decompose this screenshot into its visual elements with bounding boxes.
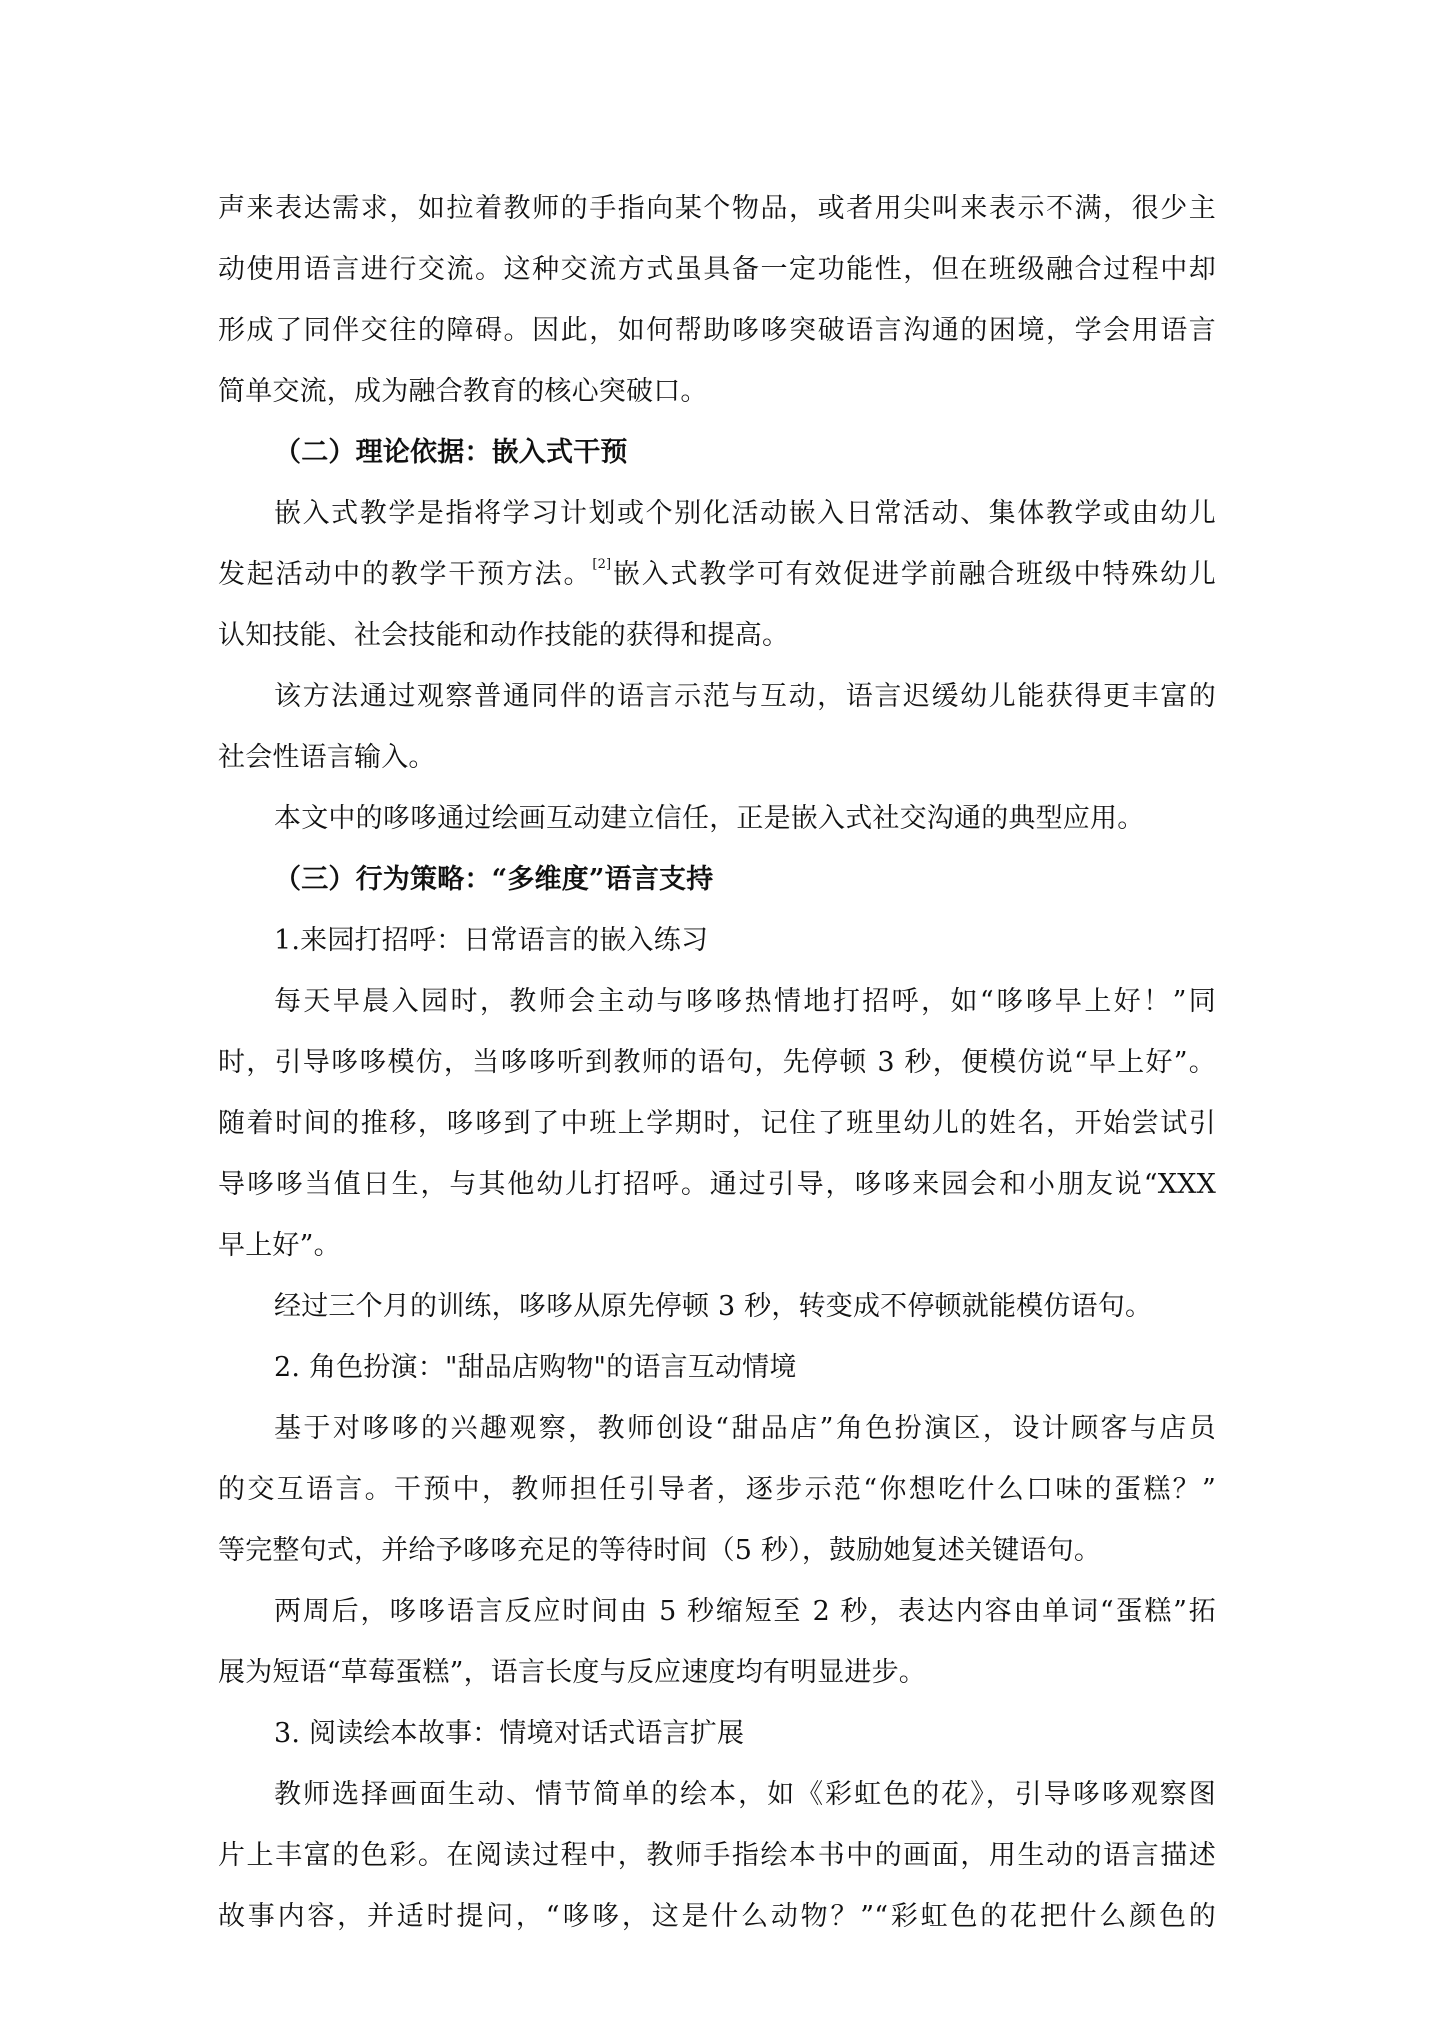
document-page: 声来表达需求，如拉着教师的手指向某个物品，或者用尖叫来表示不满，很少主 动使用语… <box>218 178 1216 1947</box>
text-line: 时，引导哆哆模仿，当哆哆听到教师的语句，先停顿 3 秒，便模仿说“早上好”。 <box>218 1032 1216 1093</box>
paragraph-training-result: 经过三个月的训练，哆哆从原先停顿 3 秒，转变成不停顿就能模仿语句。 <box>218 1276 1216 1337</box>
text-line: 社会性语言输入。 <box>218 727 1216 788</box>
text-line: 片上丰富的色彩。在阅读过程中，教师手指绘本书中的画面，用生动的语言描述 <box>218 1825 1216 1886</box>
text-line: 嵌入式教学是指将学习计划或个别化活动嵌入日常活动、集体教学或由幼儿 <box>218 483 1216 544</box>
paragraph-embedded-teaching: 嵌入式教学是指将学习计划或个别化活动嵌入日常活动、集体教学或由幼儿 发起活动中的… <box>218 483 1216 666</box>
text-line: 声来表达需求，如拉着教师的手指向某个物品，或者用尖叫来表示不满，很少主 <box>218 178 1216 239</box>
paragraph-intro-continued: 声来表达需求，如拉着教师的手指向某个物品，或者用尖叫来表示不满，很少主 动使用语… <box>218 178 1216 422</box>
paragraph-greeting: 每天早晨入园时，教师会主动与哆哆热情地打招呼，如“哆哆早上好！”同 时，引导哆哆… <box>218 971 1216 1276</box>
text-line: 经过三个月的训练，哆哆从原先停顿 3 秒，转变成不停顿就能模仿语句。 <box>218 1276 1216 1337</box>
text-line: 动使用语言进行交流。这种交流方式虽具备一定功能性，但在班级融合过程中却 <box>218 239 1216 300</box>
text-line: 导哆哆当值日生，与其他幼儿打招呼。通过引导，哆哆来园会和小朋友说“XXX <box>218 1154 1216 1215</box>
subheading-greeting: 1.来园打招呼：日常语言的嵌入练习 <box>218 910 1216 971</box>
text-line: 简单交流，成为融合教育的核心突破口。 <box>218 361 1216 422</box>
paragraph-picture-book: 教师选择画面生动、情节简单的绘本，如《彩虹色的花》，引导哆哆观察图 片上丰富的色… <box>218 1764 1216 1947</box>
paragraph-role-play-result: 两周后，哆哆语言反应时间由 5 秒缩短至 2 秒，表达内容由单词“蛋糕”拓 展为… <box>218 1581 1216 1703</box>
section-heading-theory: （二）理论依据：嵌入式干预 <box>218 422 1216 483</box>
text-line: 展为短语“草莓蛋糕”，语言长度与反应速度均有明显进步。 <box>218 1642 1216 1703</box>
text-line: 故事内容，并适时提问，“哆哆，这是什么动物？”“彩虹色的花把什么颜色的 <box>218 1886 1216 1947</box>
text-line: 的交互语言。干预中，教师担任引导者，逐步示范“你想吃什么口味的蛋糕？” <box>218 1459 1216 1520</box>
text-segment: 嵌入式教学可有效促进学前融合班级中特殊幼儿 <box>611 559 1216 590</box>
text-line: 本文中的哆哆通过绘画互动建立信任，正是嵌入式社交沟通的典型应用。 <box>218 788 1216 849</box>
subheading-role-play: 2. 角色扮演："甜品店购物"的语言互动情境 <box>218 1337 1216 1398</box>
text-line: 教师选择画面生动、情节简单的绘本，如《彩虹色的花》，引导哆哆观察图 <box>218 1764 1216 1825</box>
text-line: 随着时间的推移，哆哆到了中班上学期时，记住了班里幼儿的姓名，开始尝试引 <box>218 1093 1216 1154</box>
text-line: 该方法通过观察普通同伴的语言示范与互动，语言迟缓幼儿能获得更丰富的 <box>218 666 1216 727</box>
text-line: 认知技能、社会技能和动作技能的获得和提高。 <box>218 605 1216 666</box>
text-line: 等完整句式，并给予哆哆充足的等待时间（5 秒），鼓励她复述关键语句。 <box>218 1520 1216 1581</box>
text-segment: 发起活动中的教学干预方法。 <box>218 559 592 590</box>
text-line: 基于对哆哆的兴趣观察，教师创设“甜品店”角色扮演区，设计顾客与店员 <box>218 1398 1216 1459</box>
text-line: 每天早晨入园时，教师会主动与哆哆热情地打招呼，如“哆哆早上好！”同 <box>218 971 1216 1032</box>
subheading-picture-book: 3. 阅读绘本故事：情境对话式语言扩展 <box>218 1703 1216 1764</box>
paragraph-application: 本文中的哆哆通过绘画互动建立信任，正是嵌入式社交沟通的典型应用。 <box>218 788 1216 849</box>
text-line: 形成了同伴交往的障碍。因此，如何帮助哆哆突破语言沟通的困境，学会用语言 <box>218 300 1216 361</box>
paragraph-method: 该方法通过观察普通同伴的语言示范与互动，语言迟缓幼儿能获得更丰富的 社会性语言输… <box>218 666 1216 788</box>
text-line: 两周后，哆哆语言反应时间由 5 秒缩短至 2 秒，表达内容由单词“蛋糕”拓 <box>218 1581 1216 1642</box>
paragraph-role-play: 基于对哆哆的兴趣观察，教师创设“甜品店”角色扮演区，设计顾客与店员 的交互语言。… <box>218 1398 1216 1581</box>
section-heading-strategy: （三）行为策略：“多维度”语言支持 <box>218 849 1216 910</box>
text-line-with-citation: 发起活动中的教学干预方法。[2]嵌入式教学可有效促进学前融合班级中特殊幼儿 <box>218 544 1216 605</box>
text-line: 早上好”。 <box>218 1215 1216 1276</box>
citation-marker: [2] <box>592 557 611 572</box>
